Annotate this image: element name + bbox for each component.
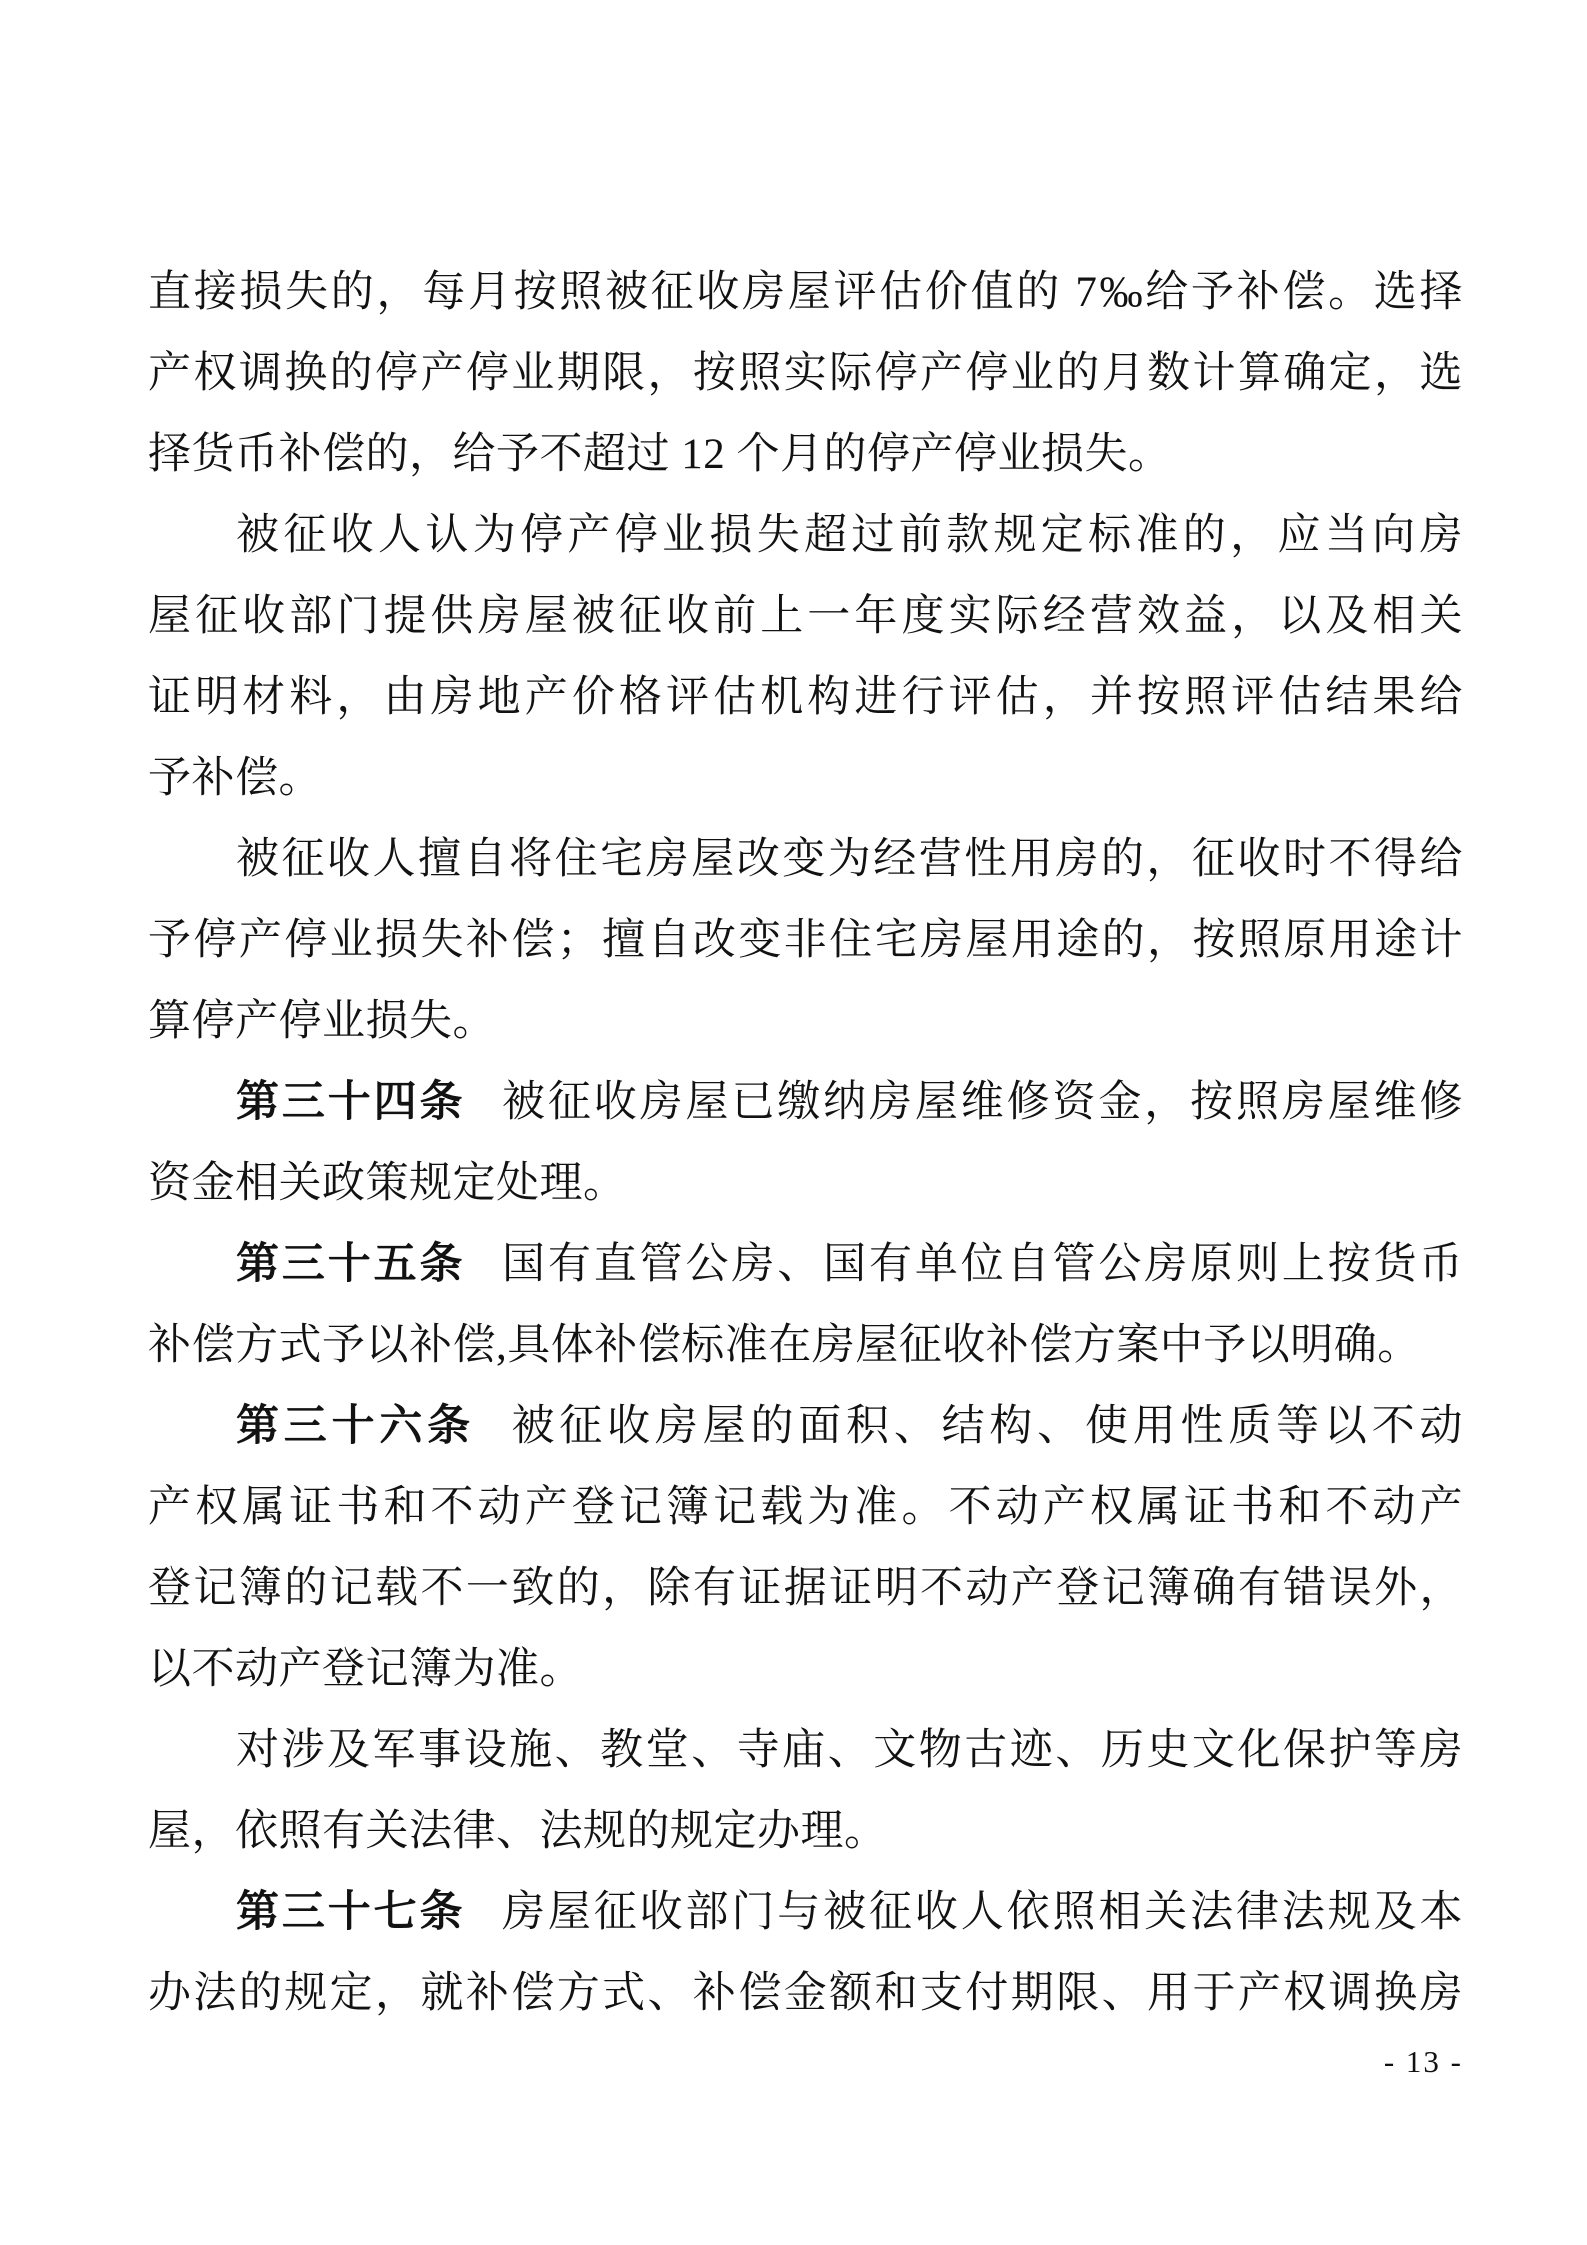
text-line: 第三十四条被征收房屋已缴纳房屋维修资金，按照房屋维修 (148, 1062, 1463, 1143)
article-number: 第三十五条 (236, 1241, 465, 1288)
line-text: 直接损失的，每月按照被征收房屋评估价值的 7‰给予补偿。选择 (148, 269, 1463, 316)
text-line: 对涉及军事设施、教堂、寺庙、文物古迹、历史文化保护等房 (148, 1710, 1463, 1791)
line-text: 被征收人擅自将住宅房屋改变为经营性用房的，征收时不得给 (236, 836, 1463, 883)
text-line: 被征收人认为停产停业损失超过前款规定标准的，应当向房 (148, 495, 1463, 576)
text-line: 算停产停业损失。 (148, 981, 1463, 1062)
text-line: 证明材料，由房地产价格评估机构进行评估，并按照评估结果给 (148, 657, 1463, 738)
text-line: 补偿方式予以补偿,具体补偿标准在房屋征收补偿方案中予以明确。 (148, 1305, 1463, 1386)
line-text: 择货币补偿的，给予不超过 12 个月的停产停业损失。 (148, 431, 1172, 478)
text-line: 资金相关政策规定处理。 (148, 1143, 1463, 1224)
text-line: 择货币补偿的，给予不超过 12 个月的停产停业损失。 (148, 414, 1463, 495)
line-text: 对涉及军事设施、教堂、寺庙、文物古迹、历史文化保护等房 (236, 1727, 1463, 1774)
text-line: 屋征收部门提供房屋被征收前上一年度实际经营效益，以及相关 (148, 576, 1463, 657)
page-number: - 13 - (1384, 2044, 1463, 2080)
text-line: 办法的规定，就补偿方式、补偿金额和支付期限、用于产权调换房 (148, 1953, 1463, 2034)
line-text: 被征收房屋的面积、结构、使用性质等以不动 (512, 1403, 1464, 1450)
line-text: 登记簿的记载不一致的，除有证据证明不动产登记簿确有错误外， (148, 1565, 1463, 1612)
line-text: 屋征收部门提供房屋被征收前上一年度实际经营效益，以及相关 (148, 593, 1463, 640)
text-line: 登记簿的记载不一致的，除有证据证明不动产登记簿确有错误外， (148, 1548, 1463, 1629)
document-body: 直接损失的，每月按照被征收房屋评估价值的 7‰给予补偿。选择 产权调换的停产停业… (148, 252, 1463, 2034)
text-line: 以不动产登记簿为准。 (148, 1629, 1463, 1710)
line-text: 补偿方式予以补偿,具体补偿标准在房屋征收补偿方案中予以明确。 (148, 1322, 1421, 1369)
line-text: 产权调换的停产停业期限，按照实际停产停业的月数计算确定，选 (148, 350, 1463, 397)
text-line: 产权属证书和不动产登记簿记载为准。不动产权属证书和不动产 (148, 1467, 1463, 1548)
article-number: 第三十七条 (236, 1889, 465, 1936)
line-text: 国有直管公房、国有单位自管公房原则上按货币 (502, 1241, 1463, 1288)
text-line: 屋，依照有关法律、法规的规定办理。 (148, 1791, 1463, 1872)
line-text: 证明材料，由房地产价格评估机构进行评估，并按照评估结果给 (148, 674, 1463, 721)
text-line: 第三十六条被征收房屋的面积、结构、使用性质等以不动 (148, 1386, 1463, 1467)
text-line: 第三十七条房屋征收部门与被征收人依照相关法律法规及本 (148, 1872, 1463, 1953)
text-line: 被征收人擅自将住宅房屋改变为经营性用房的，征收时不得给 (148, 819, 1463, 900)
text-line: 予停产停业损失补偿；擅自改变非住宅房屋用途的，按照原用途计 (148, 900, 1463, 981)
line-text: 资金相关政策规定处理。 (148, 1160, 627, 1207)
text-line: 第三十五条国有直管公房、国有单位自管公房原则上按货币 (148, 1224, 1463, 1305)
line-text: 予补偿。 (148, 755, 322, 802)
line-text: 办法的规定，就补偿方式、补偿金额和支付期限、用于产权调换房 (148, 1970, 1463, 2017)
article-number: 第三十四条 (236, 1079, 465, 1126)
line-text: 被征收房屋已缴纳房屋维修资金，按照房屋维修 (502, 1079, 1463, 1126)
line-text: 以不动产登记簿为准。 (148, 1646, 583, 1693)
line-text: 房屋征收部门与被征收人依照相关法律法规及本 (502, 1889, 1463, 1936)
document-page: 直接损失的，每月按照被征收房屋评估价值的 7‰给予补偿。选择 产权调换的停产停业… (0, 0, 1587, 2245)
line-text: 算停产停业损失。 (148, 998, 496, 1045)
article-number: 第三十六条 (236, 1403, 475, 1450)
line-text: 产权属证书和不动产登记簿记载为准。不动产权属证书和不动产 (148, 1484, 1463, 1531)
line-text: 屋，依照有关法律、法规的规定办理。 (148, 1808, 888, 1855)
text-line: 予补偿。 (148, 738, 1463, 819)
line-text: 予停产停业损失补偿；擅自改变非住宅房屋用途的，按照原用途计 (148, 917, 1463, 964)
text-line: 直接损失的，每月按照被征收房屋评估价值的 7‰给予补偿。选择 (148, 252, 1463, 333)
text-line: 产权调换的停产停业期限，按照实际停产停业的月数计算确定，选 (148, 333, 1463, 414)
line-text: 被征收人认为停产停业损失超过前款规定标准的，应当向房 (236, 512, 1463, 559)
